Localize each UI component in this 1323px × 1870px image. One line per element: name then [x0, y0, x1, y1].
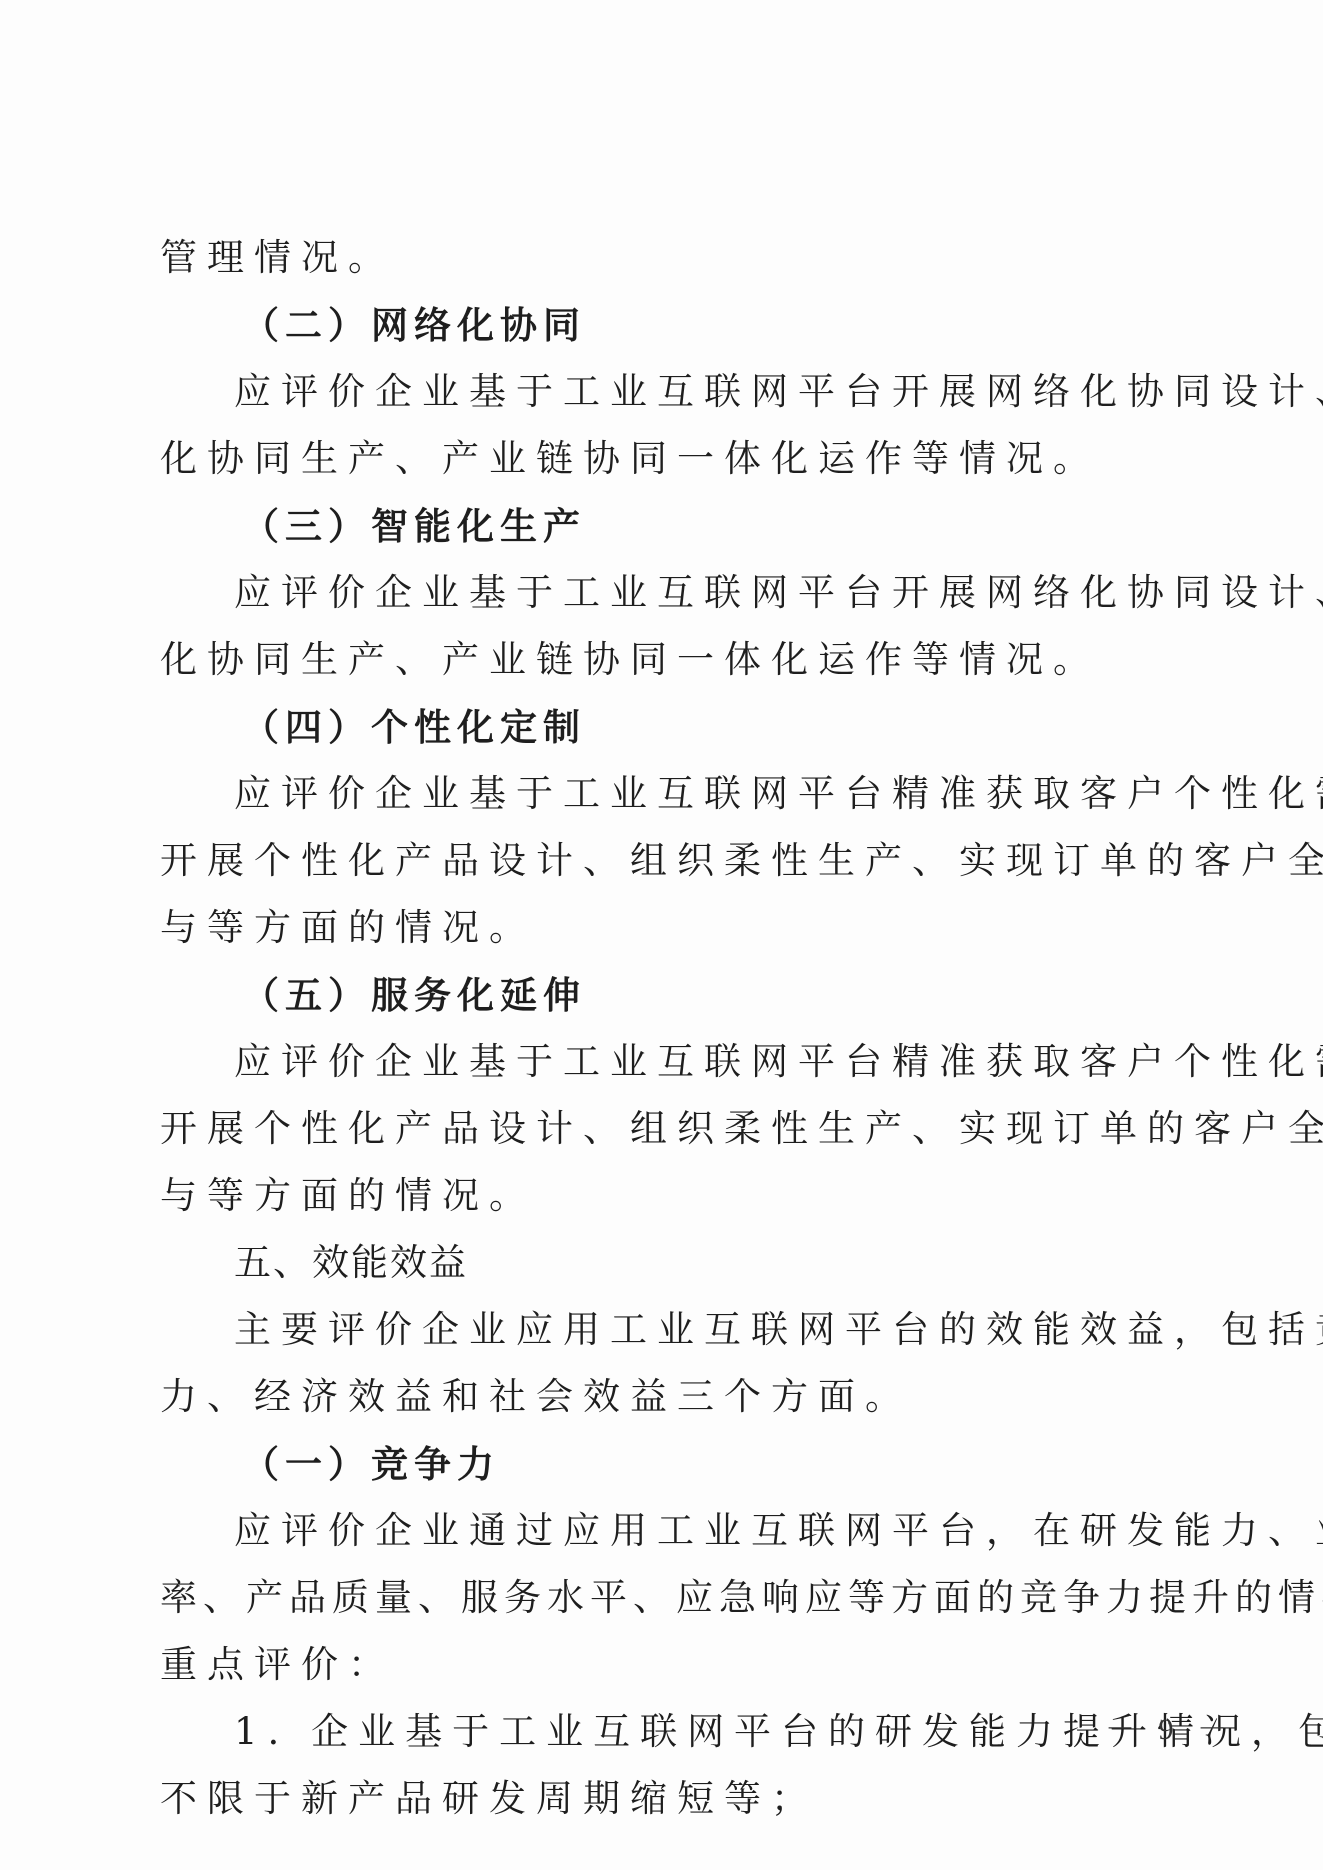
body-text-line: 开展个性化产品设计、组织柔性生产、实现订单的客户全流程参	[160, 831, 1323, 891]
body-text-line: 化协同生产、产业链协同一体化运作等情况。	[160, 630, 1100, 690]
section-heading-service-extension: （五）服务化延伸	[242, 965, 586, 1025]
body-text-line: 重点评价：	[160, 1635, 395, 1695]
section-heading-personalized-customization: （四）个性化定制	[242, 697, 586, 757]
body-text-line: 应评价企业基于工业互联网平台开展网络化协同设计、网络	[234, 362, 1323, 422]
body-text-line: 力、经济效益和社会效益三个方面。	[160, 1367, 912, 1427]
page-number: － 9 －	[1105, 1704, 1235, 1748]
list-item-text: 不限于新产品研发周期缩短等；	[160, 1769, 818, 1829]
chapter-heading-efficiency-benefits: 五、效能效益	[234, 1233, 468, 1293]
body-text-line: 开展个性化产品设计、组织柔性生产、实现订单的客户全流程参	[160, 1099, 1323, 1159]
body-text-line: 应评价企业基于工业互联网平台精准获取客户个性化需求、	[234, 1032, 1323, 1092]
body-text-line: 与等方面的情况。	[160, 898, 536, 958]
body-text-line: 应评价企业基于工业互联网平台开展网络化协同设计、网络	[234, 563, 1323, 623]
section-heading-networked-collaboration: （二）网络化协同	[242, 295, 586, 355]
section-heading-competitiveness: （一）竞争力	[242, 1434, 500, 1494]
body-text-line: 率、产品质量、服务水平、应急响应等方面的竞争力提升的情况，	[160, 1568, 1323, 1628]
body-text-line: 应评价企业基于工业互联网平台精准获取客户个性化需求、	[234, 764, 1323, 824]
body-text-line: 主要评价企业应用工业互联网平台的效能效益，包括竞争	[234, 1300, 1323, 1360]
body-text-line: 管理情况。	[160, 228, 395, 288]
body-text-line: 与等方面的情况。	[160, 1166, 536, 1226]
body-text-line: 应评价企业通过应用工业互联网平台，在研发能力、业务效	[234, 1501, 1323, 1561]
body-text-line: 化协同生产、产业链协同一体化运作等情况。	[160, 429, 1100, 489]
section-heading-intelligent-production: （三）智能化生产	[242, 496, 586, 556]
